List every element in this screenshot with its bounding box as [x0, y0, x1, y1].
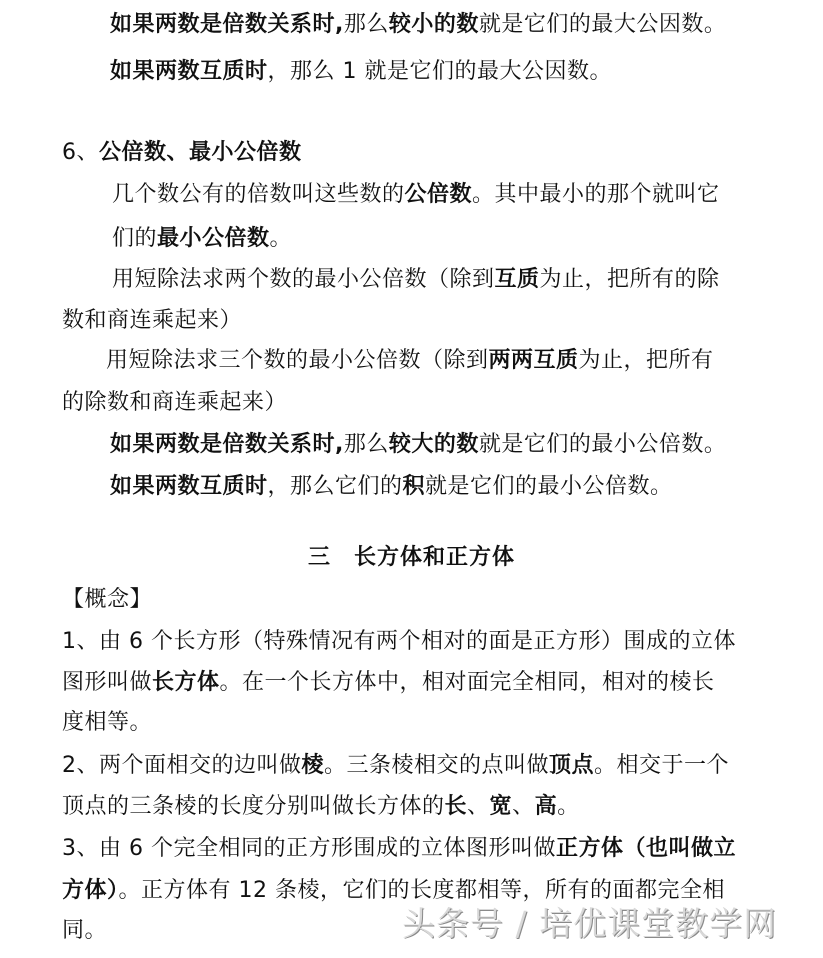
bold-text-run: 棱	[302, 753, 325, 778]
text-line: 用短除法求三个数的最小公倍数（除到两两互质为止，把所有	[106, 346, 714, 376]
text-run: 同。	[62, 918, 107, 943]
text-run: 1、由 6 个长方形（特殊情况有两个相对的面是正方形）围成的立体	[62, 629, 736, 654]
bold-text-run: 如果两数互质时	[110, 59, 268, 84]
text-run: 。正方体有 12 条棱，它们的长度都相等，所有的面都完全相	[119, 878, 725, 903]
text-line: 2、两个面相交的边叫做棱。三条棱相交的点叫做顶点。相交于一个	[62, 751, 729, 781]
watermark-text: 头条号 / 培优课堂教学网	[402, 904, 777, 944]
text-line: 顶点的三条棱的长度分别叫做长方体的长、宽、高。	[62, 792, 580, 822]
text-line: 图形叫做长方体。在一个长方体中，相对面完全相同，相对的棱长	[62, 668, 715, 698]
text-run: ，那么 1 就是它们的最大公因数。	[268, 59, 613, 84]
bold-text-run: 两两互质	[489, 348, 579, 373]
text-run: 图形叫做	[62, 670, 152, 695]
text-run: 6、	[62, 140, 99, 165]
text-line: 同。	[62, 916, 107, 946]
text-run: 就是它们的最小公倍数。	[479, 432, 727, 457]
text-run: 为止，把所有的除	[540, 267, 720, 292]
bold-text-run: 公倍数、最小公倍数	[99, 140, 302, 165]
text-run: 度相等。	[62, 710, 152, 735]
bold-text-run: 方体）	[62, 878, 119, 903]
text-run: 。在一个长方体中，相对面完全相同，相对的棱长	[220, 670, 715, 695]
text-run: 们的	[112, 226, 157, 251]
text-line: 【概念】	[62, 585, 152, 615]
text-run: ，那么它们的	[268, 474, 403, 499]
text-run: 就是它们的最大公因数。	[479, 12, 727, 37]
text-run: 、	[467, 794, 490, 819]
text-run: 顶点的三条棱的长度分别叫做长方体的	[62, 794, 445, 819]
bold-text-run: 较大的数	[389, 432, 479, 457]
text-line: 如果两数互质时，那么 1 就是它们的最大公因数。	[110, 57, 612, 87]
text-run: 那么	[344, 12, 389, 37]
text-run: 3、由 6 个完全相同的正方形围成的立体图形叫做	[62, 836, 556, 861]
text-line: 6、公倍数、最小公倍数	[62, 138, 302, 168]
bold-text-run: 如果两数是倍数关系时,	[110, 12, 344, 37]
text-line: 如果两数是倍数关系时,那么较小的数就是它们的最大公因数。	[110, 10, 726, 40]
bold-text-run: 顶点	[549, 753, 594, 778]
text-run: 【概念】	[62, 587, 152, 612]
bold-text-run: 较小的数	[389, 12, 479, 37]
text-run: 。相交于一个	[594, 753, 729, 778]
text-run: 。三条棱相交的点叫做	[324, 753, 549, 778]
text-run: 用短除法求三个数的最小公倍数（除到	[106, 348, 489, 373]
bold-text-run: 正方体（也叫做立	[556, 836, 736, 861]
text-run: 几个数公有的倍数叫这些数的	[112, 182, 405, 207]
text-line: 们的最小公倍数。	[112, 224, 292, 254]
text-line: 的除数和商连乘起来）	[62, 388, 287, 418]
text-line: 数和商连乘起来）	[62, 306, 242, 336]
text-run: 。	[557, 794, 580, 819]
bold-text-run: 长	[445, 794, 468, 819]
text-run: 。	[270, 226, 293, 251]
text-run: 2、两个面相交的边叫做	[62, 753, 302, 778]
text-run: 数和商连乘起来）	[62, 308, 242, 333]
bold-text-run: 高	[535, 794, 558, 819]
text-line: 几个数公有的倍数叫这些数的公倍数。其中最小的那个就叫它	[112, 180, 720, 210]
bold-text-run: 积	[403, 474, 426, 499]
text-run: 那么	[344, 432, 389, 457]
bold-text-run: 公倍数	[405, 182, 473, 207]
bold-text-run: 互质	[495, 267, 540, 292]
text-line: 度相等。	[62, 708, 152, 738]
text-run: 。其中最小的那个就叫它	[472, 182, 720, 207]
text-line: 如果两数是倍数关系时,那么较大的数就是它们的最小公倍数。	[110, 430, 726, 460]
text-run: 、	[512, 794, 535, 819]
text-line: 3、由 6 个完全相同的正方形围成的立体图形叫做正方体（也叫做立	[62, 834, 736, 864]
section-heading: 三 长方体和正方体	[0, 543, 823, 573]
text-run: 用短除法求两个数的最小公倍数（除到	[112, 267, 495, 292]
bold-text-run: 宽	[490, 794, 513, 819]
text-run: 为止，把所有	[579, 348, 714, 373]
bold-text-run: 长方体	[152, 670, 220, 695]
text-line: 如果两数互质时，那么它们的积就是它们的最小公倍数。	[110, 472, 673, 502]
bold-text-run: 如果两数是倍数关系时,	[110, 432, 344, 457]
text-run: 的除数和商连乘起来）	[62, 390, 287, 415]
bold-text-run: 最小公倍数	[157, 226, 270, 251]
bold-text-run: 如果两数互质时	[110, 474, 268, 499]
text-run: 就是它们的最小公倍数。	[425, 474, 673, 499]
text-line: 方体）。正方体有 12 条棱，它们的长度都相等，所有的面都完全相	[62, 876, 725, 906]
text-line: 用短除法求两个数的最小公倍数（除到互质为止，把所有的除	[112, 265, 720, 295]
text-line: 1、由 6 个长方形（特殊情况有两个相对的面是正方形）围成的立体	[62, 627, 736, 657]
